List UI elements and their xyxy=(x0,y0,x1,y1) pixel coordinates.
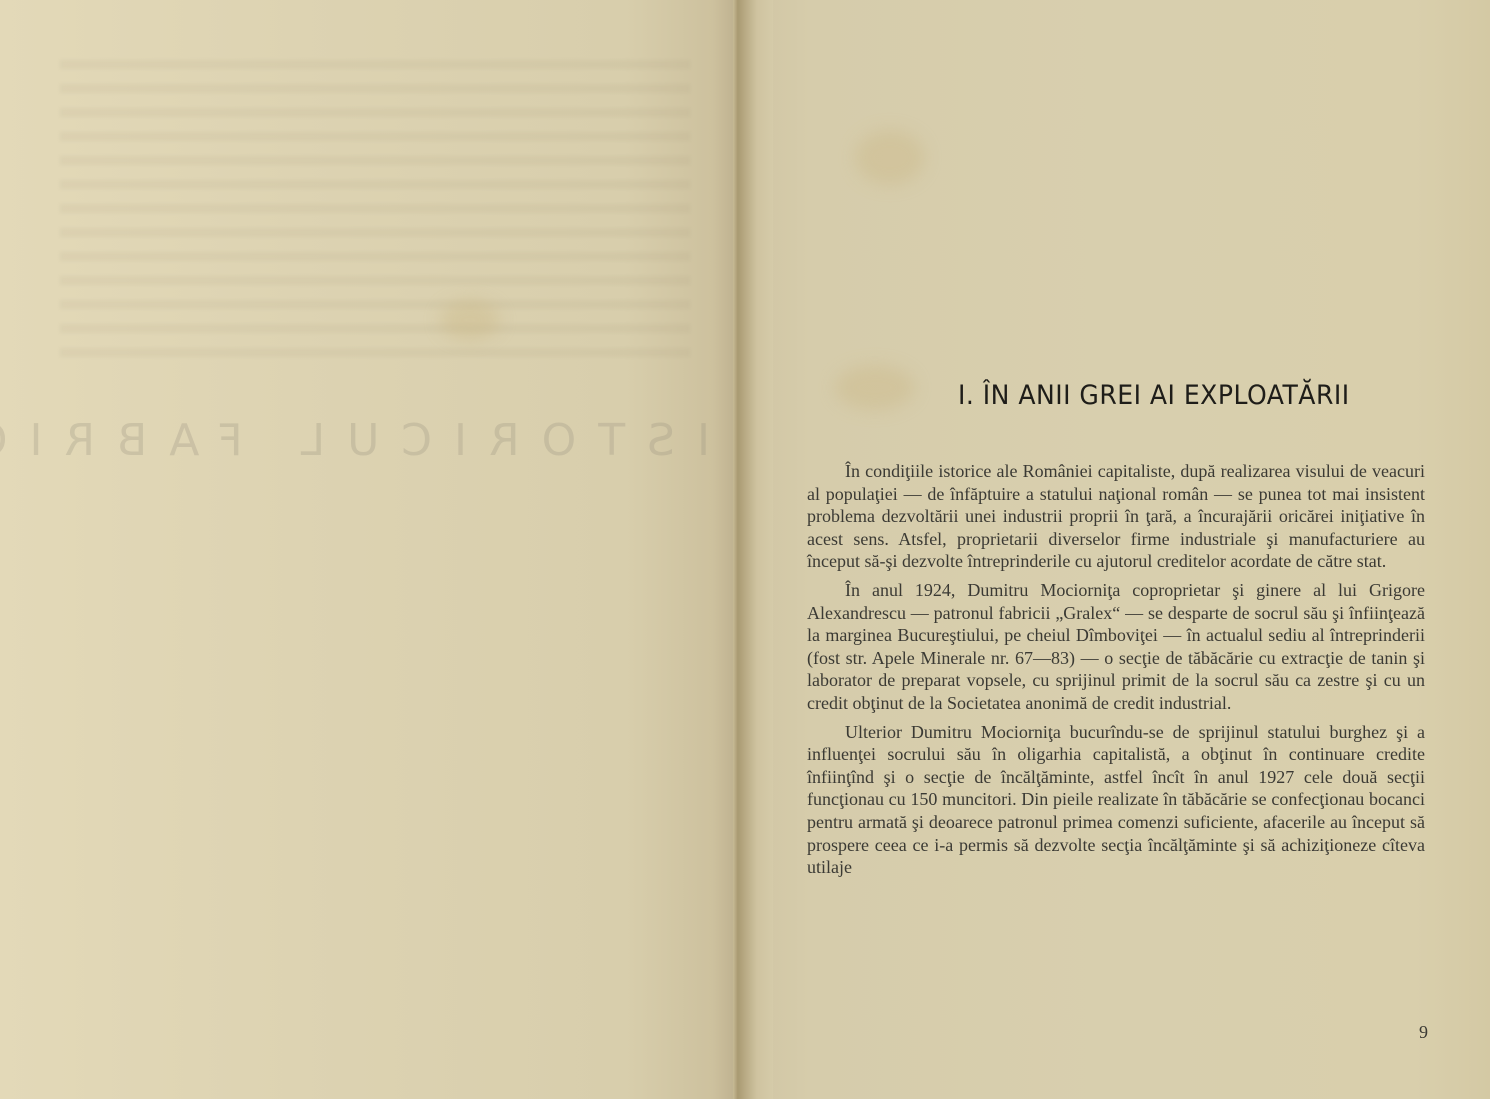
paper-stain xyxy=(855,130,925,185)
paragraph: În anul 1924, Dumitru Mociorniţa copropr… xyxy=(807,579,1425,715)
bleed-through-lines xyxy=(60,60,690,370)
chapter-body: În condiţiile istorice ale României capi… xyxy=(807,460,1425,885)
book-gutter xyxy=(733,0,773,1099)
paper-stain xyxy=(440,300,500,340)
paragraph: Ulterior Dumitru Mociorniţa bucurîndu-se… xyxy=(807,721,1425,879)
book-spread: ISTORICUL FABRICII I. ÎN ANII GREI AI EX… xyxy=(0,0,1490,1099)
chapter-title: I. ÎN ANII GREI AI EXPLOATĂRII xyxy=(958,380,1350,411)
paragraph: În condiţiile istorice ale României capi… xyxy=(807,460,1425,573)
bleed-through-title: ISTORICUL FABRICII xyxy=(70,415,710,466)
paper-stain xyxy=(835,365,915,410)
page-number: 9 xyxy=(1419,1022,1428,1043)
left-page: ISTORICUL FABRICII xyxy=(0,0,735,1099)
